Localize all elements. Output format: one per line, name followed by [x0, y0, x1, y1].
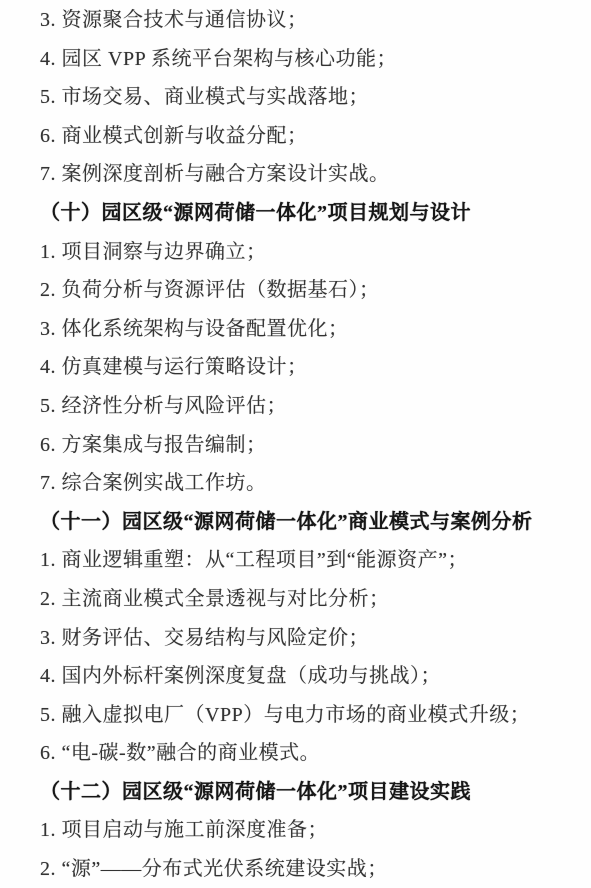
outline-item: 4. 园区 VPP 系统平台架构与核心功能；	[40, 40, 577, 79]
section-heading: （十）园区级“源网荷储一体化”项目规划与设计	[40, 194, 577, 233]
section-heading: （十二）园区级“源网荷储一体化”项目建设实践	[40, 773, 577, 812]
outline-item: 1. 项目启动与施工前深度准备；	[40, 811, 577, 850]
outline-item: 2. “源”——分布式光伏系统建设实战；	[40, 850, 577, 888]
outline-item: 7. 案例深度剖析与融合方案设计实战。	[40, 155, 577, 194]
outline-item: 3. 体化系统架构与设备配置优化；	[40, 310, 577, 349]
outline-item: 5. 融入虚拟电厂（VPP）与电力市场的商业模式升级；	[40, 696, 577, 735]
outline-item: 2. 负荷分析与资源评估（数据基石）；	[40, 271, 577, 310]
outline-item: 6. 商业模式创新与收益分配；	[40, 117, 577, 156]
document-body: 3. 资源聚合技术与通信协议；4. 园区 VPP 系统平台架构与核心功能；5. …	[0, 0, 591, 888]
section-heading: （十一）园区级“源网荷储一体化”商业模式与案例分析	[40, 503, 577, 542]
outline-item: 1. 商业逻辑重塑：从“工程项目”到“能源资产”；	[40, 541, 577, 580]
outline-item: 2. 主流商业模式全景透视与对比分析；	[40, 580, 577, 619]
outline-item: 3. 资源聚合技术与通信协议；	[40, 1, 577, 40]
outline-item: 5. 市场交易、商业模式与实战落地；	[40, 78, 577, 117]
outline-item: 4. 国内外标杆案例深度复盘（成功与挑战）；	[40, 657, 577, 696]
outline-item: 6. “电-碳-数”融合的商业模式。	[40, 734, 577, 773]
outline-item: 4. 仿真建模与运行策略设计；	[40, 348, 577, 387]
outline-item: 7. 综合案例实战工作坊。	[40, 464, 577, 503]
outline-item: 1. 项目洞察与边界确立；	[40, 233, 577, 272]
outline-item: 5. 经济性分析与风险评估；	[40, 387, 577, 426]
outline-item: 3. 财务评估、交易结构与风险定价；	[40, 619, 577, 658]
outline-item: 6. 方案集成与报告编制；	[40, 426, 577, 465]
document-page: 3. 资源聚合技术与通信协议；4. 园区 VPP 系统平台架构与核心功能；5. …	[0, 0, 591, 888]
